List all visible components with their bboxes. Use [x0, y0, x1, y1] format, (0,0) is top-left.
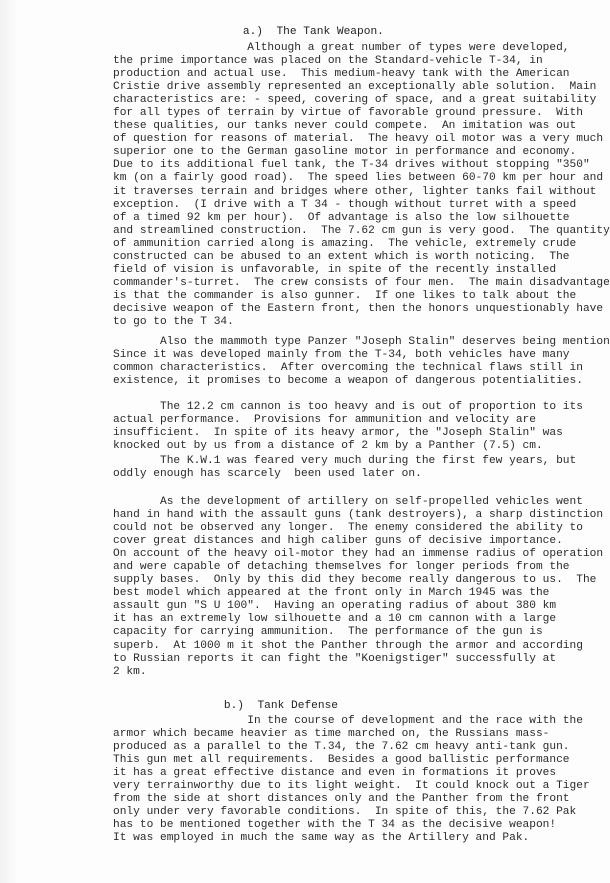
text-line: Since it was developed mainly from the T…: [113, 349, 610, 362]
text-line: This gun met all requirements. Besides a…: [113, 754, 610, 767]
paragraph-anti-tank-gun: In the course of development and the rac…: [113, 715, 610, 845]
text-line: superior one to the German gasoline moto…: [113, 146, 610, 159]
text-line: and streamlined construction. The 7.62 c…: [113, 225, 610, 238]
paragraph-kw1: The K.W.1 was feared very much during th…: [113, 455, 610, 481]
text-line: commander's-turret. The crew consists of…: [113, 277, 610, 290]
text-line: existence, it promises to become a weapo…: [113, 375, 610, 388]
document-page: a.) The Tank Weapon. Although a great nu…: [0, 0, 610, 883]
section-a-title: The Tank Weapon.: [276, 26, 383, 38]
text-line: assault gun "S U 100". Having an operati…: [113, 600, 610, 613]
text-line: insufficient. In spite of its heavy armo…: [113, 427, 610, 440]
text-line: km (on a fairly good road). The speed li…: [113, 172, 610, 185]
text-line: of a timed 92 km per hour). Of advantage…: [113, 212, 610, 225]
text-line: supply bases. Only by this did they beco…: [113, 574, 610, 587]
text-line: best model which appeared at the front o…: [113, 587, 610, 600]
text-line: produced as a parallel to the T.34, the …: [113, 741, 610, 754]
text-line: Due to its additional fuel tank, the T-3…: [113, 159, 610, 172]
text-line: the prime importance was placed on the S…: [113, 55, 610, 68]
text-line: It was employed in much the same way as …: [113, 832, 610, 845]
text-line: characteristics are: - speed, covering o…: [113, 94, 610, 107]
text-line: could not be observed any longer. The en…: [113, 522, 610, 535]
section-a-label: a.): [243, 26, 263, 38]
paragraph-t34: Although a great number of types were de…: [113, 42, 610, 329]
section-b-label: b.): [224, 700, 244, 712]
text-line: to Russian reports it can fight the "Koe…: [113, 653, 610, 666]
text-line: In the course of development and the rac…: [113, 715, 610, 728]
text-line: production and actual use. This medium-h…: [113, 68, 610, 81]
text-line: field of vision is unfavorable, in spite…: [113, 264, 610, 277]
text-line: capacity for carrying ammunition. The pe…: [113, 626, 610, 639]
text-line: constructed can be abused to an extent w…: [113, 251, 610, 264]
text-line: actual performance. Provisions for ammun…: [113, 414, 610, 427]
text-line: and were capable of detaching themselves…: [113, 561, 610, 574]
text-line: is that the commander is also gunner. If…: [113, 290, 610, 303]
paragraph-12cm-cannon: The 12.2 cm cannon is too heavy and is o…: [113, 401, 610, 453]
text-line: On account of the heavy oil-motor they h…: [113, 548, 610, 561]
text-line: armor which became heavier as time march…: [113, 728, 610, 741]
text-line: to go to the T 34.: [113, 316, 610, 329]
text-line: Although a great number of types were de…: [113, 42, 610, 55]
text-line: exception. (I drive with a T 34 - though…: [113, 199, 610, 212]
text-line: has to be mentioned together with the T …: [113, 819, 610, 832]
text-line: very terrainworthy due to its light weig…: [113, 780, 610, 793]
text-line: knocked out by us from a distance of 2 k…: [113, 440, 610, 453]
text-line: 2 km.: [113, 666, 610, 679]
text-line: decisive weapon of the Eastern front, th…: [113, 303, 610, 316]
text-line: from the side at short distances only an…: [113, 793, 610, 806]
text-line: Also the mammoth type Panzer "Joseph Sta…: [113, 336, 610, 349]
text-line: these qualities, our tanks never could c…: [113, 120, 610, 133]
text-line: for all types of terrain by virtue of fa…: [113, 107, 610, 120]
text-line: of question for reasons of material. The…: [113, 133, 610, 146]
text-line: cover great distances and high caliber g…: [113, 535, 610, 548]
text-line: As the development of artillery on self-…: [113, 496, 610, 509]
text-line: it traverses terrain and bridges where o…: [113, 186, 610, 199]
page-edge-shadow: [0, 0, 18, 883]
text-line: it has a great effective distance and ev…: [113, 767, 610, 780]
text-line: hand in hand with the assault guns (tank…: [113, 509, 610, 522]
text-line: of ammunition carried along is amazing. …: [113, 238, 610, 251]
text-line: superb. At 1000 m it shot the Panther th…: [113, 640, 610, 653]
text-line: Cristie drive assembly represented an ex…: [113, 81, 610, 94]
text-line: common characteristics. After overcoming…: [113, 362, 610, 375]
text-line: The 12.2 cm cannon is too heavy and is o…: [113, 401, 610, 414]
text-line: oddly enough has scarcely been used late…: [113, 468, 610, 481]
text-line: The K.W.1 was feared very much during th…: [113, 455, 610, 468]
section-b-title: Tank Defense: [257, 700, 338, 712]
paragraph-assault-guns: As the development of artillery on self-…: [113, 496, 610, 679]
paragraph-joseph-stalin: Also the mammoth type Panzer "Joseph Sta…: [113, 336, 610, 388]
text-line: only under very favorable conditions. In…: [113, 806, 610, 819]
text-line: it has an extremely low silhouette and a…: [113, 613, 610, 626]
